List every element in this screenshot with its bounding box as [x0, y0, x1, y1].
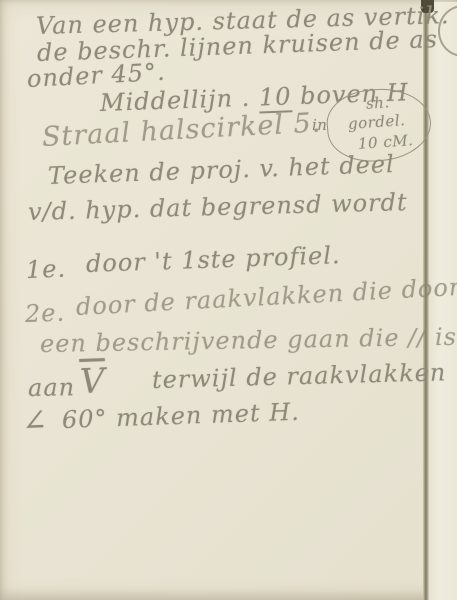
handwritten-line-5: Straal halscirkel 5.: [41, 107, 322, 153]
angle-symbol: ∠: [21, 403, 48, 439]
page-edge: [423, 8, 429, 600]
handwritten-line-8-marker: 1e.: [26, 255, 67, 284]
handwritten-line-9: door de raakvlakken die door: [75, 273, 457, 321]
notebook-page-scan: Van een hyp. staat de as vertik. de besc…: [0, 0, 457, 600]
annotation-line-1: sh.: [365, 93, 390, 113]
handwritten-line-10: een beschrijvende gaan die // is: [40, 323, 457, 358]
annotation-lead-in: in: [312, 116, 327, 134]
handwritten-line-8: door 't 1ste profiel.: [86, 241, 341, 278]
handwritten-line-12: 60° maken met H.: [62, 398, 301, 434]
handwritten-line-9-marker: 2e.: [25, 299, 66, 328]
handwritten-line-6: Teeken de proj. v. het deel: [48, 150, 396, 190]
handwritten-line-11-word: aan: [28, 373, 76, 402]
handwritten-line-11: terwijl de raakvlakken: [152, 358, 447, 394]
vertical-plane-symbol: V: [79, 361, 106, 402]
handwritten-line-7: v/d. hyp. dat begrensd wordt: [28, 188, 408, 226]
